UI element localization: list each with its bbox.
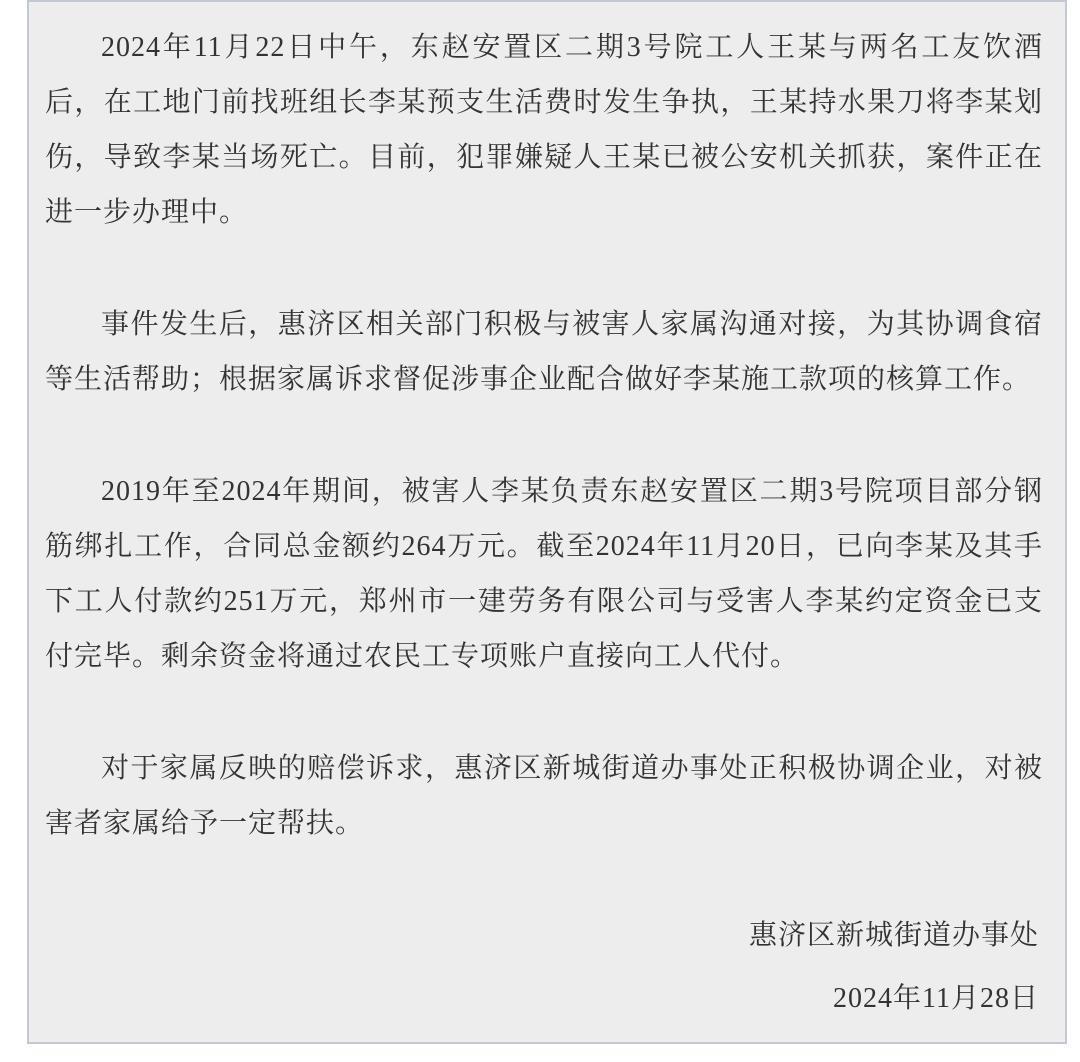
paragraph-contract-payment: 2019年至2024年期间，被害人李某负责东赵安置区二期3号院项目部分钢筋绑扎工…	[45, 464, 1043, 684]
signature-date: 2024年11月28日	[45, 971, 1039, 1026]
signature-block: 惠济区新城街道办事处 2024年11月28日	[45, 908, 1043, 1026]
signature-organization: 惠济区新城街道办事处	[45, 908, 1039, 963]
paragraph-compensation: 对于家属反映的赔偿诉求，惠济区新城街道办事处正积极协调企业，对被害者家属给予一定…	[45, 741, 1043, 851]
paragraph-family-support: 事件发生后，惠济区相关部门积极与被害人家属沟通对接，为其协调食宿等生活帮助；根据…	[45, 297, 1043, 407]
paragraph-incident: 2024年11月22日中午，东赵安置区二期3号院工人王某与两名工友饮酒后，在工地…	[45, 20, 1043, 240]
notice-document: 2024年11月22日中午，东赵安置区二期3号院工人王某与两名工友饮酒后，在工地…	[27, 0, 1067, 1044]
